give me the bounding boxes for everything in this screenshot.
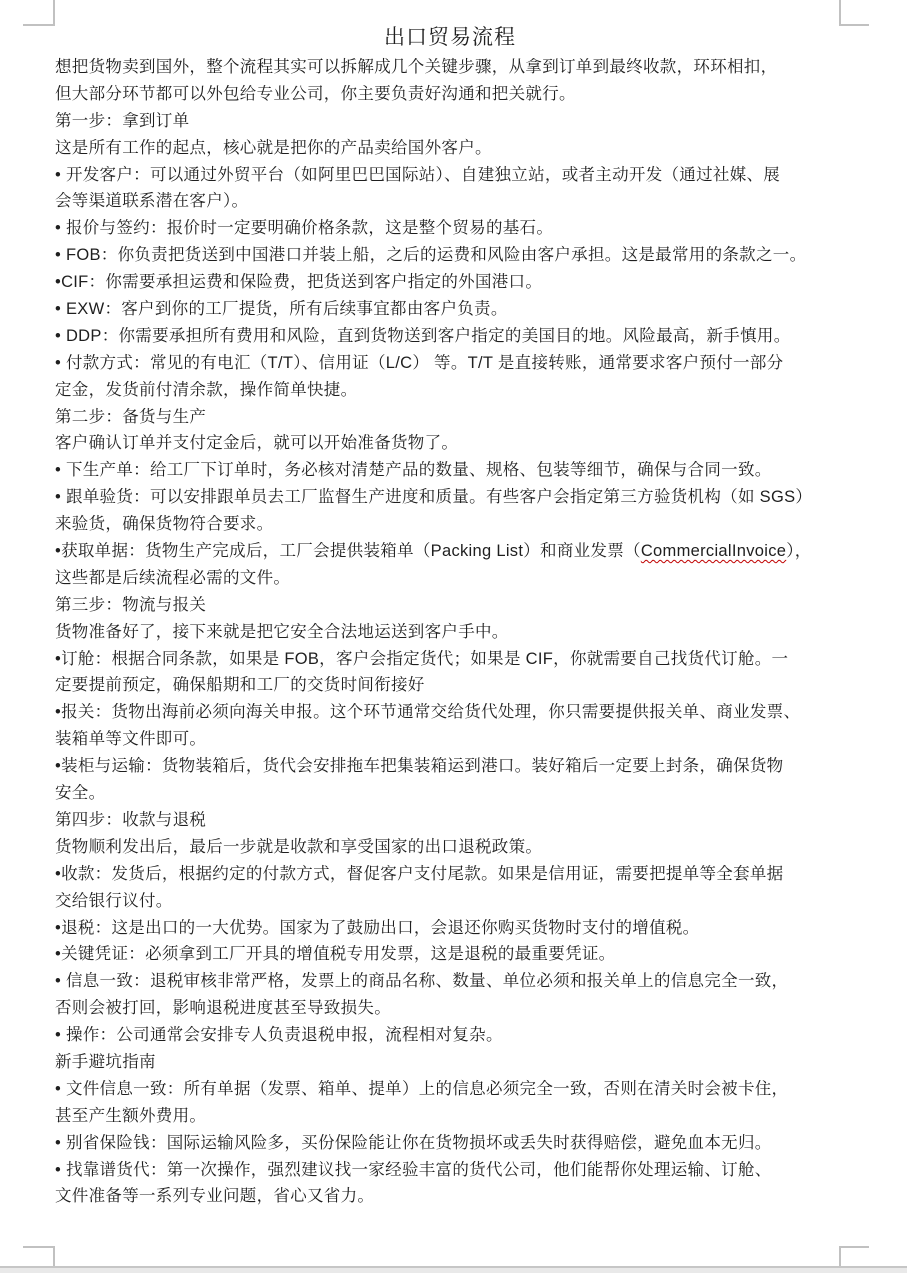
bullet-line: •报关：货物出海前必须向海关申报。这个环节通常交给货代处理，你只需要提供报关单、… bbox=[55, 699, 845, 726]
bullet-line: •CIF：你需要承担运费和保险费，把货送到客户指定的外国港口。 bbox=[55, 269, 845, 296]
bullet-line: • 付款方式：常见的有电汇（T/T）、信用证（L/C） 等。T/T 是直接转账，… bbox=[55, 350, 845, 377]
document-title: 出口贸易流程 bbox=[55, 22, 845, 54]
bullet-line: • 操作：公司通常会安排专人负责退税申报，流程相对复杂。 bbox=[55, 1022, 845, 1049]
doc-text: ）， bbox=[786, 542, 811, 560]
bullet-line: • 下生产单：给工厂下订单时，务必核对清楚产品的数量、规格、包装等细节，确保与合… bbox=[55, 457, 845, 484]
section-heading-step-4: 第四步：收款与退税 bbox=[55, 807, 845, 834]
doc-line: 货物准备好了，接下来就是把它安全合法地运送到客户手中。 bbox=[55, 619, 845, 646]
bullet-line: • 找靠谱货代：第一次操作，强烈建议找一家经验丰富的货代公司，他们能帮你处理运输… bbox=[55, 1157, 845, 1184]
bullet-line: • 跟单验货：可以安排跟单员去工厂监督生产进度和质量。有些客户会指定第三方验货机… bbox=[55, 484, 845, 511]
bullet-line: • FOB：你负责把货送到中国港口并装上船，之后的运费和风险由客户承担。这是最常… bbox=[55, 242, 845, 269]
doc-line: 但大部分环节都可以外包给专业公司，你主要负责好沟通和把关就行。 bbox=[55, 81, 845, 108]
bullet-line: • 开发客户：可以通过外贸平台（如阿里巴巴国际站）、自建独立站，或者主动开发（通… bbox=[55, 162, 845, 189]
doc-line: 否则会被打回，影响退税进度甚至导致损失。 bbox=[55, 995, 845, 1022]
doc-line: 客户确认订单并支付定金后，就可以开始准备货物了。 bbox=[55, 430, 845, 457]
section-heading-step-1: 第一步：拿到订单 bbox=[55, 108, 845, 135]
bullet-line: •装柜与运输：货物装箱后，货代会安排拖车把集装箱运到港口。装好箱后一定要上封条，… bbox=[55, 753, 845, 780]
section-heading-step-2: 第二步：备货与生产 bbox=[55, 404, 845, 431]
doc-line: 这是所有工作的起点，核心就是把你的产品卖给国外客户。 bbox=[55, 135, 845, 162]
doc-line: 甚至产生额外费用。 bbox=[55, 1103, 845, 1130]
bullet-line: • 报价与签约：报价时一定要明确价格条款，这是整个贸易的基石。 bbox=[55, 215, 845, 242]
doc-line: 定金，发货前付清余款，操作简单快捷。 bbox=[55, 377, 845, 404]
page-bottom-edge bbox=[0, 1266, 907, 1273]
doc-line: 想把货物卖到国外，整个流程其实可以拆解成几个关键步骤，从拿到订单到最终收款，环环… bbox=[55, 54, 845, 81]
bullet-line: •订舱：根据合同条款，如果是 FOB，客户会指定货代；如果是 CIF，你就需要自… bbox=[55, 646, 845, 673]
document-page: 出口贸易流程 想把货物卖到国外，整个流程其实可以拆解成几个关键步骤，从拿到订单到… bbox=[0, 0, 907, 1273]
doc-line: 这些都是后续流程必需的文件。 bbox=[55, 565, 845, 592]
bullet-line: • 文件信息一致：所有单据（发票、箱单、提单）上的信息必须完全一致，否则在清关时… bbox=[55, 1076, 845, 1103]
bullet-line: •退税：这是出口的一大优势。国家为了鼓励出口，会退还你购买货物时支付的增值税。 bbox=[55, 915, 845, 942]
bullet-line: • 别省保险钱：国际运输风险多，买份保险能让你在货物损坏或丢失时获得赔偿，避免血… bbox=[55, 1130, 845, 1157]
document-body: 出口贸易流程 想把货物卖到国外，整个流程其实可以拆解成几个关键步骤，从拿到订单到… bbox=[55, 22, 845, 1210]
bullet-line: • DDP：你需要承担所有费用和风险，直到货物送到客户指定的美国目的地。风险最高… bbox=[55, 323, 845, 350]
doc-line: 来验货，确保货物符合要求。 bbox=[55, 511, 845, 538]
bullet-line-with-spellcheck: •获取单据：货物生产完成后，工厂会提供装箱单（Packing List）和商业发… bbox=[55, 538, 845, 565]
doc-line: 装箱单等文件即可。 bbox=[55, 726, 845, 753]
bullet-line: •收款：发货后，根据约定的付款方式，督促客户支付尾款。如果是信用证，需要把提单等… bbox=[55, 861, 845, 888]
spellcheck-word: CommercialInvoice bbox=[641, 542, 786, 560]
section-heading-step-3: 第三步：物流与报关 bbox=[55, 592, 845, 619]
bullet-line: •关键凭证：必须拿到工厂开具的增值税专用发票，这是退税的最重要凭证。 bbox=[55, 941, 845, 968]
doc-line: 交给银行议付。 bbox=[55, 888, 845, 915]
section-heading-tips: 新手避坑指南 bbox=[55, 1049, 845, 1076]
doc-text: •获取单据：货物生产完成后，工厂会提供装箱单（Packing List）和商业发… bbox=[55, 542, 641, 560]
margin-crop-mark-top-left bbox=[23, 0, 55, 26]
bullet-line: • EXW：客户到你的工厂提货，所有后续事宜都由客户负责。 bbox=[55, 296, 845, 323]
bullet-line: • 信息一致：退税审核非常严格，发票上的商品名称、数量、单位必须和报关单上的信息… bbox=[55, 968, 845, 995]
doc-line: 货物顺利发出后，最后一步就是收款和享受国家的出口退税政策。 bbox=[55, 834, 845, 861]
doc-line: 定要提前预定，确保船期和工厂的交货时间衔接好 bbox=[55, 672, 845, 699]
doc-line: 文件准备等一系列专业问题，省心又省力。 bbox=[55, 1183, 845, 1210]
doc-line: 安全。 bbox=[55, 780, 845, 807]
doc-line: 会等渠道联系潜在客户）。 bbox=[55, 188, 845, 215]
